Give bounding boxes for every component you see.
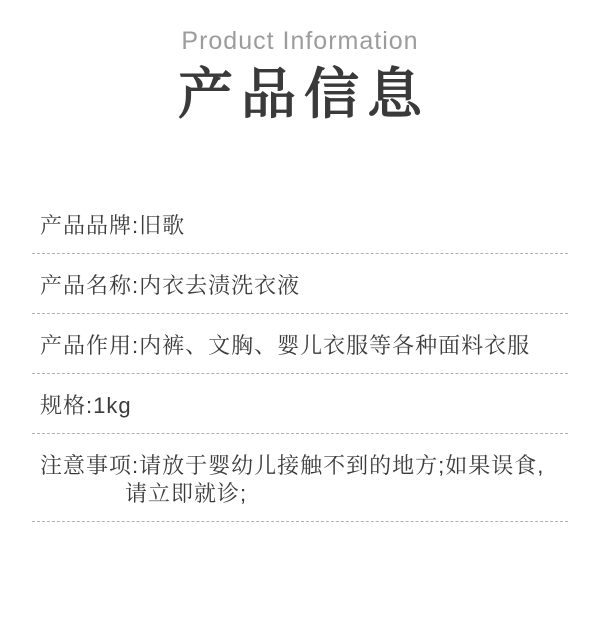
info-row-label: 产品名称: (40, 273, 139, 298)
info-row-label: 规格: (40, 393, 93, 418)
info-row-label: 产品品牌: (40, 213, 139, 238)
page-title-chinese: 产品信息 (0, 62, 600, 126)
info-row-label: 注意事项: (40, 453, 139, 478)
info-row-value: 内衣去渍洗衣液 (139, 273, 300, 298)
info-row-name: 产品名称:内衣去渍洗衣液 (32, 254, 568, 314)
product-info-list: 产品品牌:旧歌 产品名称:内衣去渍洗衣液 产品作用:内裤、文胸、婴儿衣服等各种面… (32, 194, 568, 522)
info-row-value: 1kg (93, 393, 131, 418)
info-row-value: 内裤、文胸、婴儿衣服等各种面料衣服 (139, 333, 530, 358)
product-info-page: Product Information 产品信息 产品品牌:旧歌 产品名称:内衣… (0, 0, 600, 619)
info-row-value-line2: 请立即就诊; (125, 480, 568, 508)
info-row-value: 旧歌 (139, 213, 185, 238)
page-subtitle-english: Product Information (0, 26, 600, 56)
info-row-value: 请放于婴幼儿接触不到的地方;如果误食, (139, 453, 544, 478)
info-row-spec: 规格:1kg (32, 374, 568, 434)
page-header: Product Information 产品信息 (0, 0, 600, 126)
info-row-cautions: 注意事项:请放于婴幼儿接触不到的地方;如果误食, 请立即就诊; (32, 434, 568, 522)
info-row-label: 产品作用: (40, 333, 139, 358)
info-row-function: 产品作用:内裤、文胸、婴儿衣服等各种面料衣服 (32, 314, 568, 374)
info-row-brand: 产品品牌:旧歌 (32, 194, 568, 254)
